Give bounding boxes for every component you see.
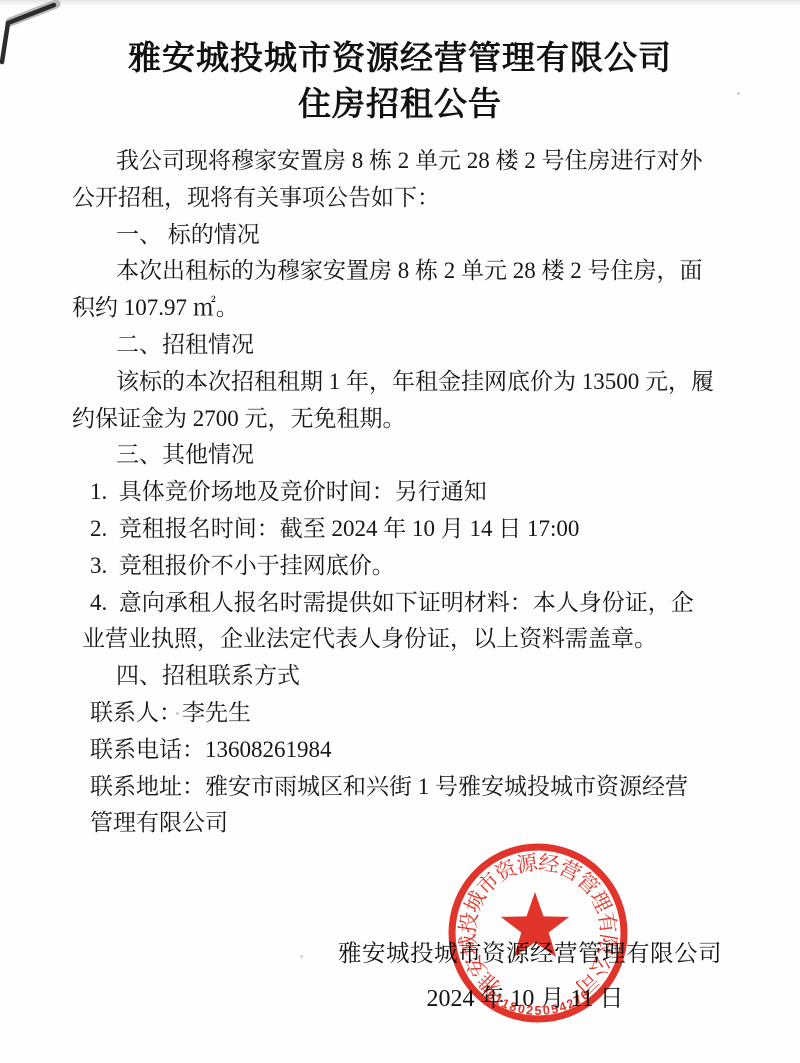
scan-speck <box>737 92 740 95</box>
scan-mark-artifact <box>0 0 70 75</box>
body-line: 四、招租联系方式 <box>72 658 742 695</box>
body-line: 二、招租情况 <box>72 327 742 364</box>
body-line: 管理有限公司 <box>72 805 742 842</box>
body-line: 联系电话：13608261984 <box>72 732 742 769</box>
scan-speck <box>420 258 423 261</box>
body-line: 该标的本次招租租期 1 年，年租金挂网底价为 13500 元，履 <box>72 364 742 401</box>
body-line: 联系人：李先生 <box>72 695 742 732</box>
title-line-company: 雅安城投城市资源经营管理有限公司 <box>0 36 800 82</box>
body-line: 联系地址：雅安市雨城区和兴街 1 号雅安城投城市资源经营 <box>72 769 742 806</box>
document-body: 我公司现将穆家安置房 8 栋 2 单元 28 楼 2 号住房进行对外公开招租，现… <box>72 143 742 842</box>
body-line: 1. 具体竞价场地及竞价时间：另行通知 <box>72 474 742 511</box>
body-line: 三、其他情况 <box>72 437 742 474</box>
seal-star-icon <box>501 892 569 957</box>
document-title: 雅安城投城市资源经营管理有限公司 住房招租公告 <box>0 36 800 128</box>
title-line-subject: 住房招租公告 <box>0 82 800 128</box>
body-line: 业营业执照，企业法定代表人身份证，以上资料需盖章。 <box>72 621 742 658</box>
body-line: 4. 意向承租人报名时需提供如下证明材料：本人身份证，企 <box>72 585 742 622</box>
body-line: 3. 竞租报价不小于挂网底价。 <box>72 548 742 585</box>
body-line: 一、 标的情况 <box>72 217 742 254</box>
body-line: 本次出租标的为穆家安置房 8 栋 2 单元 28 楼 2 号住房，面 <box>72 253 742 290</box>
seal-glyph: 有 <box>594 911 621 935</box>
scan-speck <box>300 955 303 958</box>
body-line: 约保证金为 2700 元，无免租期。 <box>72 401 742 438</box>
body-line: 我公司现将穆家安置房 8 栋 2 单元 28 楼 2 号住房进行对外 <box>72 143 742 180</box>
scanned-document-page: 雅安城投城市资源经营管理有限公司 住房招租公告 我公司现将穆家安置房 8 栋 2… <box>0 0 800 1063</box>
body-line: 2. 竞租报名时间：截至 2024 年 10 月 14 日 17:00 <box>72 511 742 548</box>
body-line: 公开招租，现将有关事项公告如下： <box>72 180 742 217</box>
scan-speck <box>610 148 613 151</box>
official-seal: 雅安城投城市资源经营管理有限公司 5118025054276 <box>438 833 638 1033</box>
body-line: 积约 107.97 ㎡。 <box>72 290 742 327</box>
seal-glyph: 城 <box>455 932 482 957</box>
scan-speck <box>176 712 179 715</box>
seal-glyph: 5 <box>535 1004 542 1018</box>
